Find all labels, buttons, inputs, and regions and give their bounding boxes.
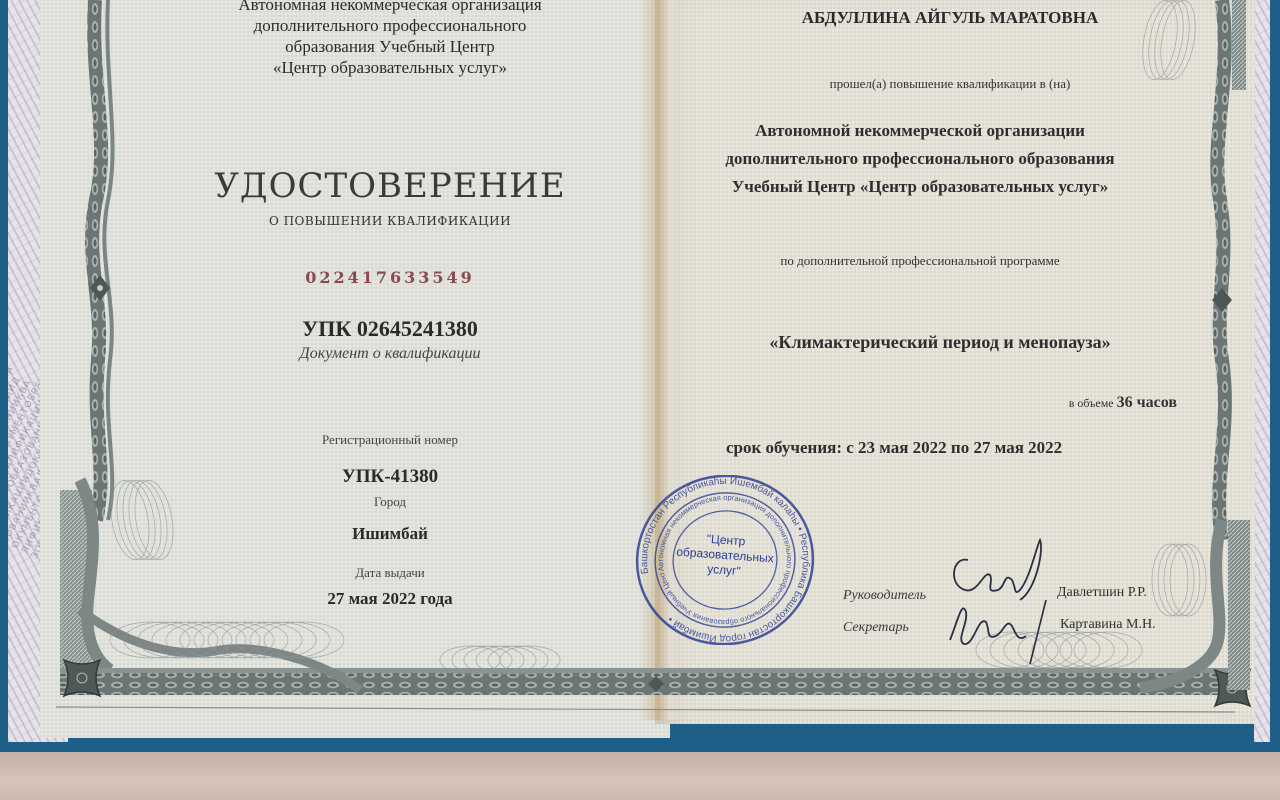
signatory-secretary: Картавина М.Н. [1060, 617, 1156, 633]
passed-statement: прошел(а) повышение квалификации в (на) [730, 76, 1170, 92]
issuer-line: дополнительного профессионального [200, 15, 580, 36]
program-label: по дополнительной профессиональной прогр… [670, 253, 1170, 269]
course-volume: в объеме 36 часов [920, 394, 1177, 412]
city-label: Город [270, 494, 510, 510]
training-organization: Автономной некоммерческой организации до… [670, 117, 1170, 201]
upk-number: УПК 02645241380 [240, 316, 540, 342]
document-type: Документ о квалификации [240, 345, 540, 363]
issue-date: 27 мая 2022 года [250, 589, 530, 609]
issue-date-label: Дата выдачи [270, 565, 510, 581]
stamp-center-text: "Центр образовательных услуг" [672, 529, 779, 581]
issuer-line: «Центр образовательных услуг» [200, 57, 580, 78]
serial-number: 022417633549 [240, 268, 540, 287]
signature-role-secretary: Секретарь [843, 620, 909, 636]
signature-role-director: Руководитель [843, 588, 926, 604]
organization-line: Учебный Центр «Центр образовательных усл… [670, 173, 1170, 201]
holder-name: АБДУЛЛИНА АЙГУЛЬ МАРАТОВНА [730, 8, 1170, 28]
certificate-title: УДОСТОВЕРЕНИЕ [200, 166, 580, 206]
table-surface [0, 752, 1280, 800]
organization-line: дополнительного профессионального образо… [670, 145, 1170, 173]
security-pattern-right [1254, 0, 1270, 742]
signatory-director: Давлетшин Р.Р. [1057, 585, 1147, 601]
certificate-subtitle: О ПОВЫШЕНИИ КВАЛИФИКАЦИИ [200, 214, 580, 228]
volume-value: 36 часов [1117, 394, 1177, 411]
issuer-organization: Автономная некоммерческая организация до… [200, 0, 580, 78]
registration-number: УПК-41380 [270, 466, 510, 488]
city: Ишимбай [270, 524, 510, 544]
certificate-left-page [40, 0, 670, 738]
program-name: «Климактерический период и менопауза» [700, 332, 1180, 353]
organization-line: Автономной некоммерческой организации [670, 117, 1170, 145]
registration-label: Регистрационный номер [270, 432, 510, 448]
issuer-line: Автономная некоммерческая организация [200, 0, 580, 15]
study-term: срок обучения: с 23 мая 2022 по 27 мая 2… [726, 438, 1126, 458]
official-stamp: Башкортостан Республикаhы Ишембай калаhы… [633, 475, 817, 645]
issuer-line: образования Учебный Центр [200, 36, 580, 57]
volume-prefix: в объеме [1069, 396, 1114, 410]
